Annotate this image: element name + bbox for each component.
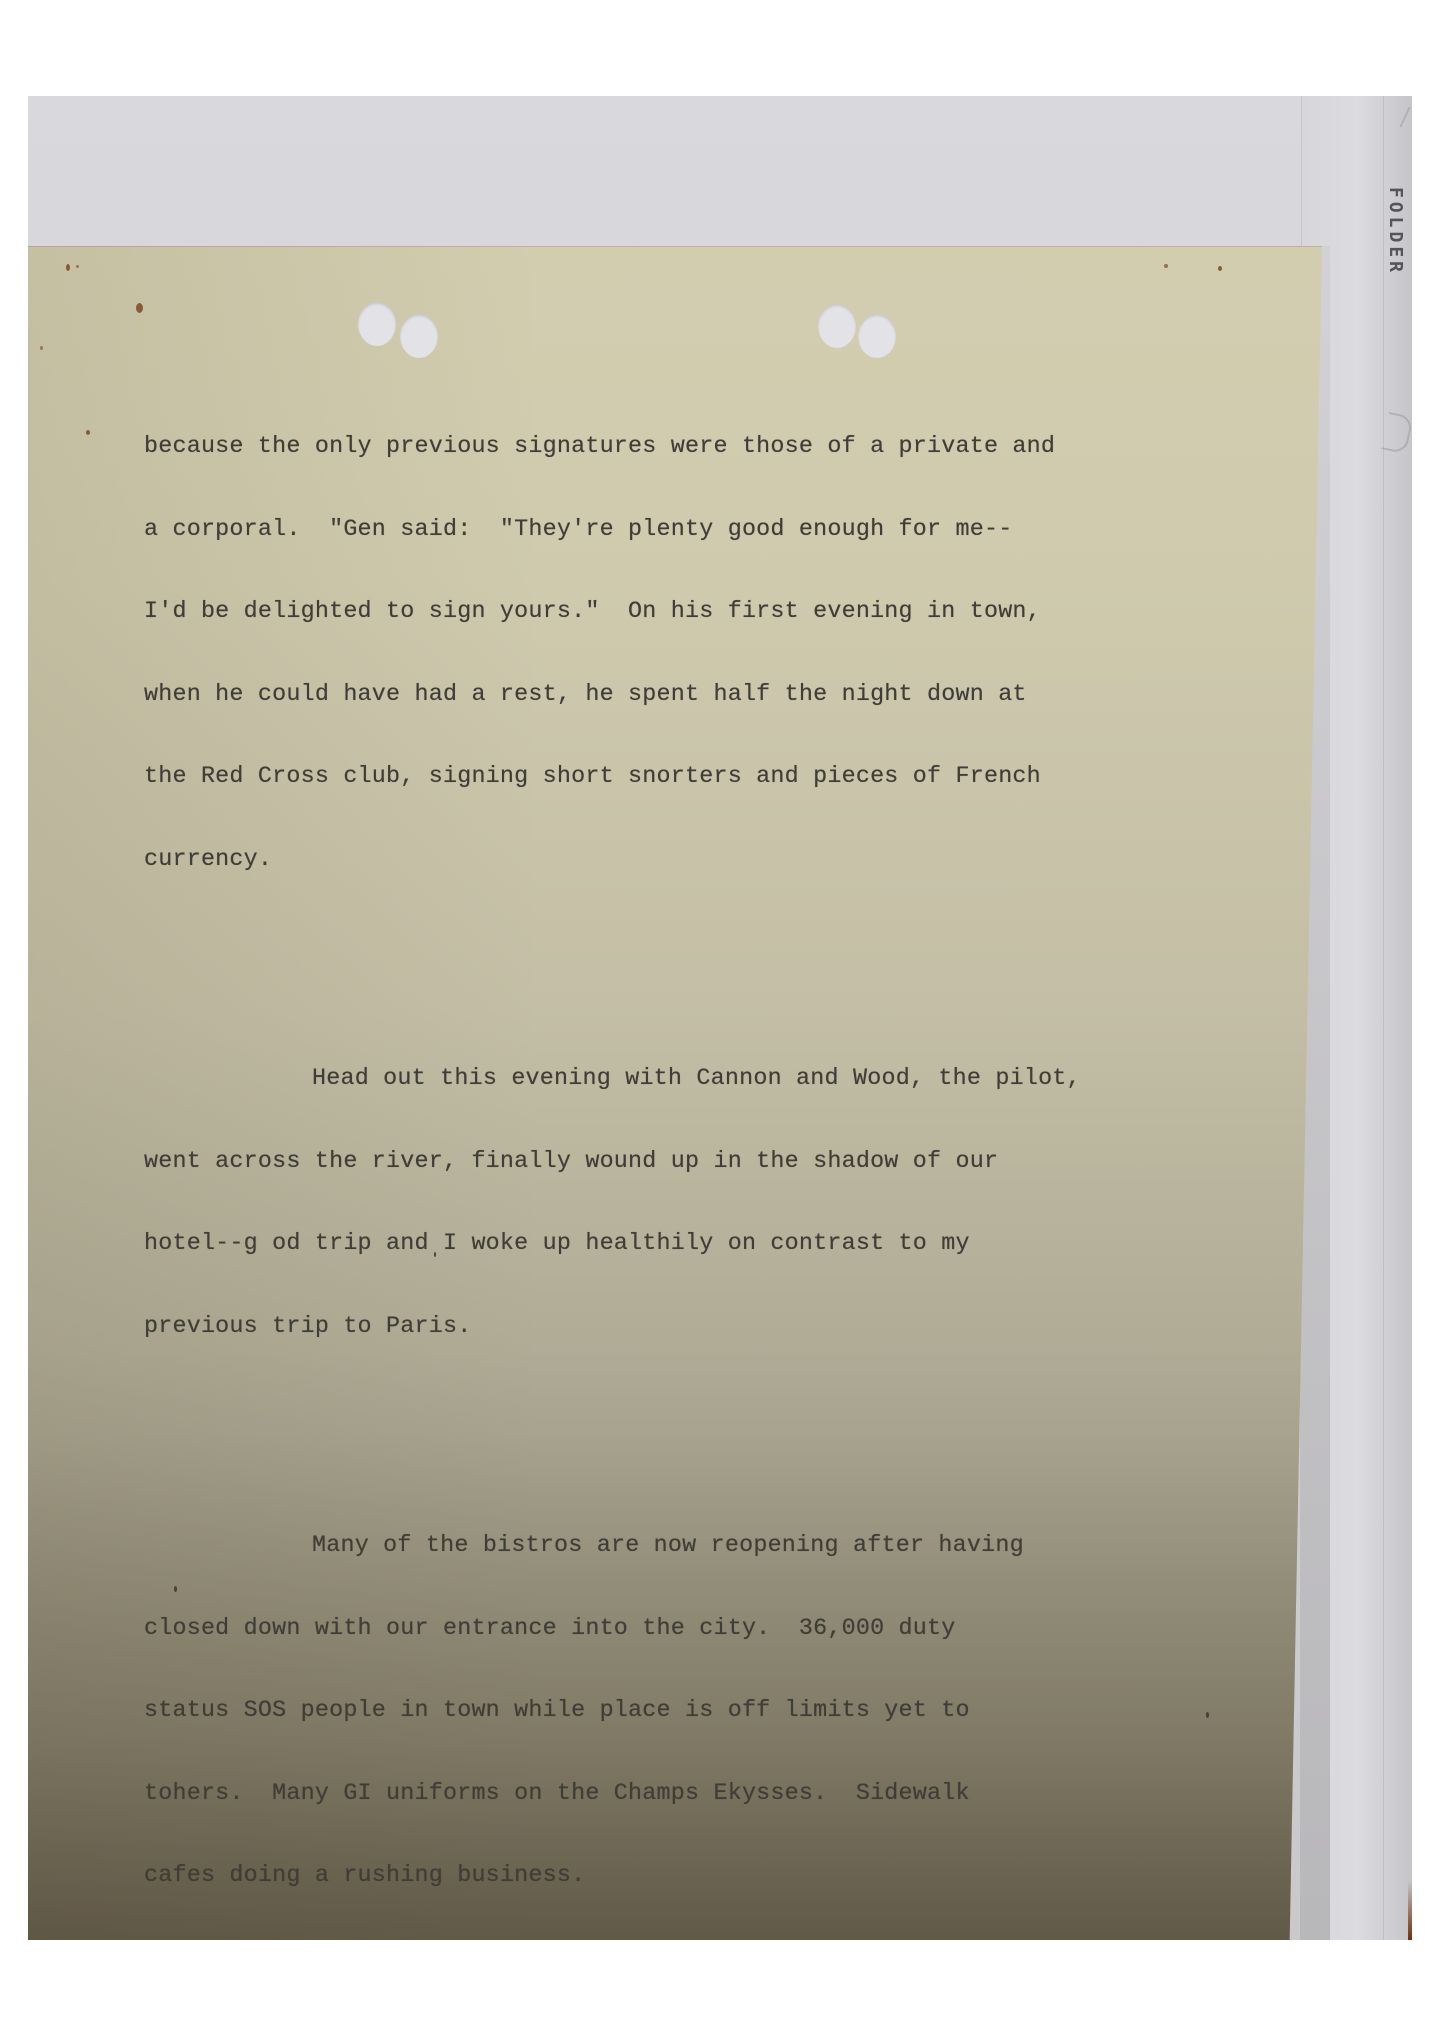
text-line: status SOS people in town while place is… (144, 1698, 1324, 1726)
text-line: I'd be delighted to sign yours." On his … (144, 599, 1324, 627)
folder-handwritten-annotation (1380, 412, 1412, 455)
typed-page: because the only previous signatures wer… (28, 246, 1322, 1940)
text-line: currency. (144, 847, 1324, 875)
text-line: when he could have had a rest, he spent … (144, 682, 1324, 710)
rust-edge (1408, 1880, 1412, 1940)
text-line: because the only previous signatures wer… (144, 434, 1324, 462)
rust-stain (66, 264, 70, 271)
paragraph-2: Head out this evening with Cannon and Wo… (144, 1011, 1324, 1396)
rust-stain (1218, 266, 1222, 271)
folder-pencil-mark (1399, 107, 1410, 128)
folder-label: FOLDER (1385, 187, 1406, 276)
text-line: cafes doing a rushing business. (144, 1863, 1324, 1891)
text-line: went across the river, finally wound up … (144, 1149, 1324, 1177)
text-line: hotel--g od trip and I woke up healthily… (144, 1231, 1324, 1259)
typed-body: because the only previous signatures wer… (144, 324, 1324, 1940)
text-line: closed down with our entrance into the c… (144, 1616, 1324, 1644)
text-line: previous trip to Paris. (144, 1314, 1324, 1342)
text-line: Head out this evening with Cannon and Wo… (144, 1066, 1324, 1094)
rust-stain (136, 303, 143, 313)
rust-stain (86, 430, 90, 435)
document-scan: FOLDER because the only previous signatu… (28, 96, 1412, 1940)
text-line: a corporal. "Gen said: "They're plenty g… (144, 517, 1324, 545)
paragraph-1: because the only previous signatures wer… (144, 379, 1324, 929)
paragraph-3: Many of the bistros are now reopening af… (144, 1478, 1324, 1940)
rust-stain (76, 265, 79, 268)
rust-stain (1164, 264, 1168, 268)
folder-edge-line (1383, 96, 1384, 1940)
text-line: tohers. Many GI uniforms on the Champs E… (144, 1781, 1324, 1809)
text-line: the Red Cross club, signing short snorte… (144, 764, 1324, 792)
rust-stain (40, 346, 43, 350)
text-line: Many of the bistros are now reopening af… (144, 1533, 1324, 1561)
